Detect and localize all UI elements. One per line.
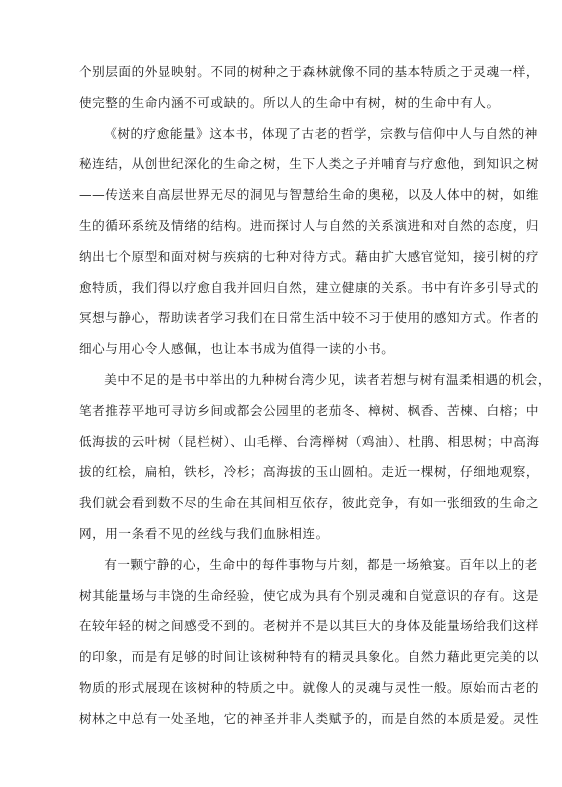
text-line: 笔者推荐平地可寻访乡间或都会公园里的老茄冬、樟树、枫香、苦楝、白榕；中 — [79, 396, 487, 427]
text-line: 我们就会看到数不尽的生命在其间相互依存，彼此竞争，有如一张细致的生命之 — [79, 488, 487, 519]
text-line: 物质的形式展现在该树种的特质之中。就像人的灵魂与灵性一般。原始而古老的 — [79, 673, 487, 704]
text-line: 个别层面的外显映射。不同的树种之于森林就像不同的基本特质之于灵魂一样， — [79, 57, 487, 88]
text-line: 拔的红桧，扁柏，铁杉，冷杉；高海拔的玉山圆柏。走近一棵树，仔细地观察， — [79, 457, 487, 488]
text-line: 树其能量场与丰饶的生命经验，使它成为具有个别灵魂和自觉意识的存有。这是 — [79, 581, 487, 612]
paragraph-3: 美中不足的是书中举出的九种树台湾少见，读者若想与树有温柔相遇的机会， 笔者推荐平… — [79, 365, 487, 550]
text-line: 使完整的生命内涵不可或缺的。所以人的生命中有树，树的生命中有人。 — [79, 88, 487, 119]
text-line: ——传送来自高层世界无尽的洞见与智慧给生命的奥秘，以及人体中的树，如维 — [79, 180, 487, 211]
text-line: 树林之中总有一处圣地，它的神圣并非人类赋予的，而是自然的本质是爱。灵性 — [79, 704, 487, 735]
text-line: 冥想与静心，帮助读者学习我们在日常生活中较不习于使用的感知方式。作者的 — [79, 303, 487, 334]
text-line: 纳出七个原型和面对树与疾病的七种对待方式。藉由扩大感官觉知，接引树的疗 — [79, 242, 487, 273]
paragraph-2: 《树的疗愈能量》这本书，体现了古老的哲学，宗教与信仰中人与自然的神 秘连结，从创… — [79, 119, 487, 365]
text-line: 的印象，而是有足够的时间让该树种特有的精灵具象化。自然力藉此更完美的以 — [79, 642, 487, 673]
text-line: 有一颗宁静的心，生命中的每件事物与片刻，都是一场飨宴。百年以上的老 — [79, 550, 487, 581]
text-line: 愈特质，我们得以疗愈自我并回归自然，建立健康的关系。书中有许多引导式的 — [79, 273, 487, 304]
text-line: 在较年轻的树之间感受不到的。老树并不是以其巨大的身体及能量场给我们这样 — [79, 611, 487, 642]
text-line: 生的循环系统及情绪的结构。进而探讨人与自然的关系演进和对自然的态度，归 — [79, 211, 487, 242]
paragraph-1: 个别层面的外显映射。不同的树种之于森林就像不同的基本特质之于灵魂一样， 使完整的… — [79, 57, 487, 119]
paragraph-4: 有一颗宁静的心，生命中的每件事物与片刻，都是一场飨宴。百年以上的老 树其能量场与… — [79, 550, 487, 735]
text-line: 《树的疗愈能量》这本书，体现了古老的哲学，宗教与信仰中人与自然的神 — [79, 119, 487, 150]
text-line: 秘连结，从创世纪深化的生命之树，生下人类之子并哺育与疗愈他，到知识之树 — [79, 149, 487, 180]
text-line: 美中不足的是书中举出的九种树台湾少见，读者若想与树有温柔相遇的机会， — [79, 365, 487, 396]
text-line: 细心与用心令人感佩，也让本书成为值得一读的小书。 — [79, 334, 487, 365]
text-line: 低海拔的云叶树（昆栏树）、山毛榉、台湾榉树（鸡油）、杜鹃、相思树；中高海 — [79, 427, 487, 458]
document-page: 个别层面的外显映射。不同的树种之于森林就像不同的基本特质之于灵魂一样， 使完整的… — [0, 0, 562, 787]
document-body: 个别层面的外显映射。不同的树种之于森林就像不同的基本特质之于灵魂一样， 使完整的… — [79, 57, 487, 735]
text-line: 网，用一条看不见的丝线与我们血脉相连。 — [79, 519, 487, 550]
